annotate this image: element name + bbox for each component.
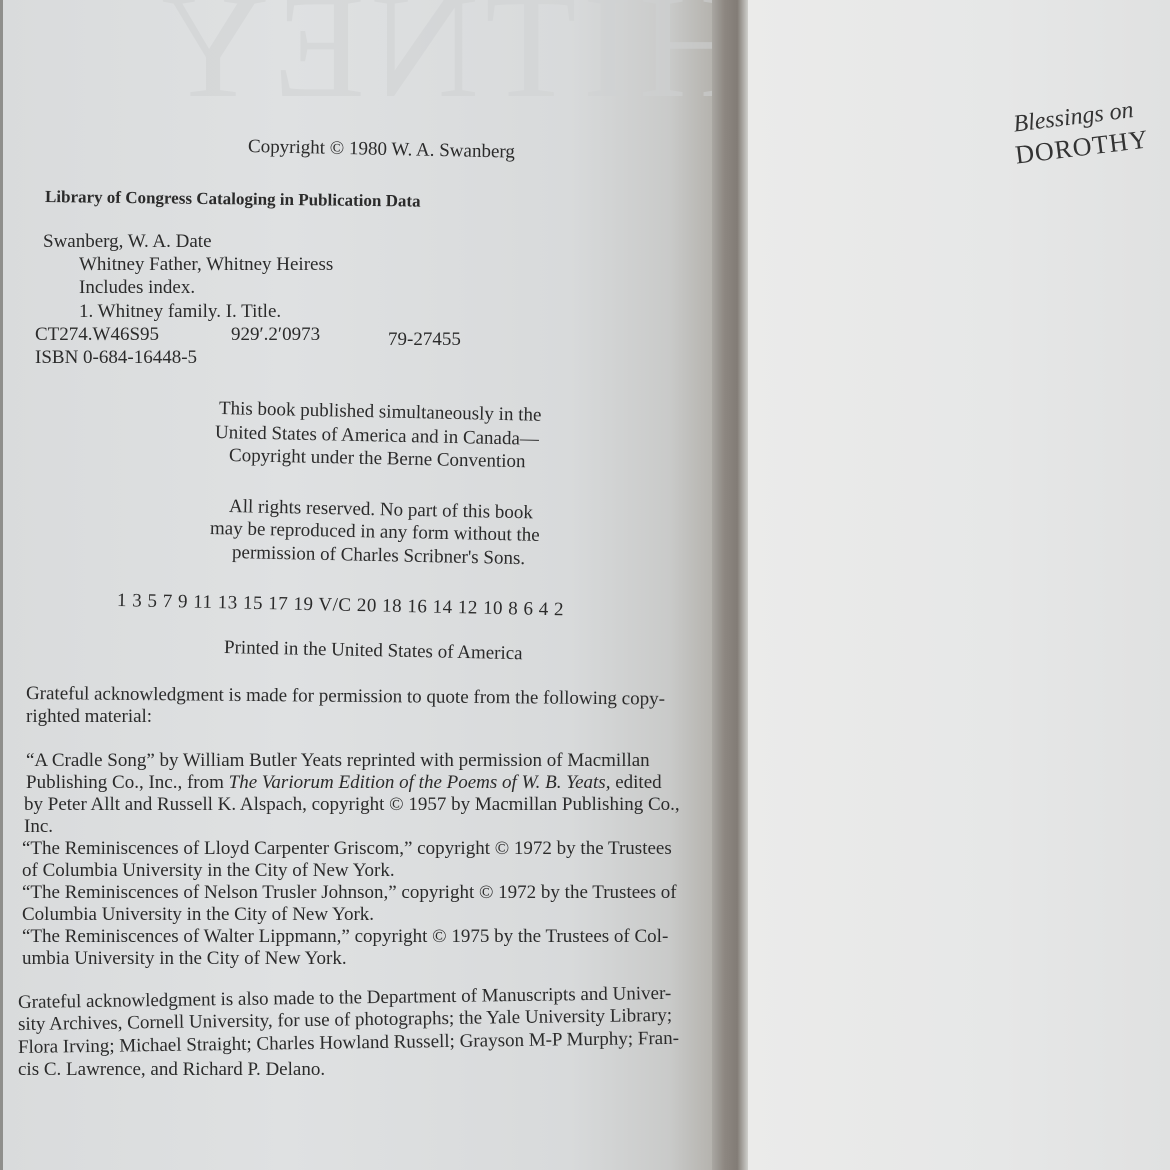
book-title-italic: The Variorum Edition of the Poems of W. …: [229, 772, 611, 793]
ack-griscom-line-1: “The Reminiscences of Lloyd Carpenter Gr…: [22, 838, 672, 860]
ack-yeats-line-2: Publishing Co., Inc., from The Variorum …: [26, 772, 662, 794]
cip-title: Whitney Father, Whitney Heiress: [79, 254, 333, 276]
ack-yeats-line-4: Inc.: [24, 816, 53, 838]
ack-photos-line-4: cis C. Lawrence, and Richard P. Delano.: [18, 1059, 325, 1081]
ack-yeats-line-3: by Peter Allt and Russell K. Alspach, co…: [24, 794, 680, 816]
book-gutter: [712, 0, 748, 1170]
ack-intro-line-2: righted material:: [26, 706, 152, 728]
cip-author: Swanberg, W. A. Date: [43, 231, 212, 253]
ack-lippmann-line-1: “The Reminiscences of Walter Lippmann,” …: [22, 926, 668, 948]
cip-isbn: ISBN 0-684-16448-5: [35, 347, 197, 369]
cip-dewey: 929′.2′0973: [231, 324, 320, 346]
copyright-line: Copyright © 1980 W. A. Swanberg: [248, 136, 515, 164]
ack-yeats-line-1: “A Cradle Song” by William Butler Yeats …: [26, 750, 650, 772]
cip-note: Includes index.: [79, 277, 195, 299]
printed-in-line: Printed in the United States of America: [224, 637, 523, 665]
rights-line-3: permission of Charles Scribner's Sons.: [232, 542, 526, 570]
ack-johnson-line-2: Columbia University in the City of New Y…: [22, 904, 374, 926]
copyright-page: WHITNEY Copyright © 1980 W. A. Swanberg …: [0, 0, 712, 1170]
ack-lippmann-line-2: umbia University in the City of New York…: [22, 948, 347, 970]
cip-heading: Library of Congress Cataloging in Public…: [45, 186, 421, 213]
ack-griscom-line-2: of Columbia University in the City of Ne…: [22, 860, 395, 882]
printing-number-line: 1 3 5 7 9 11 13 15 17 19 V/C 20 18 16 14…: [117, 590, 564, 621]
ack-johnson-line-1: “The Reminiscences of Nelson Trusler Joh…: [22, 882, 677, 904]
cip-lc-class: CT274.W46S95: [35, 324, 159, 346]
cip-subjects: 1. Whitney family. I. Title.: [79, 301, 281, 323]
cip-lccn: 79-27455: [388, 329, 461, 351]
dedication-page: [748, 0, 1170, 1170]
